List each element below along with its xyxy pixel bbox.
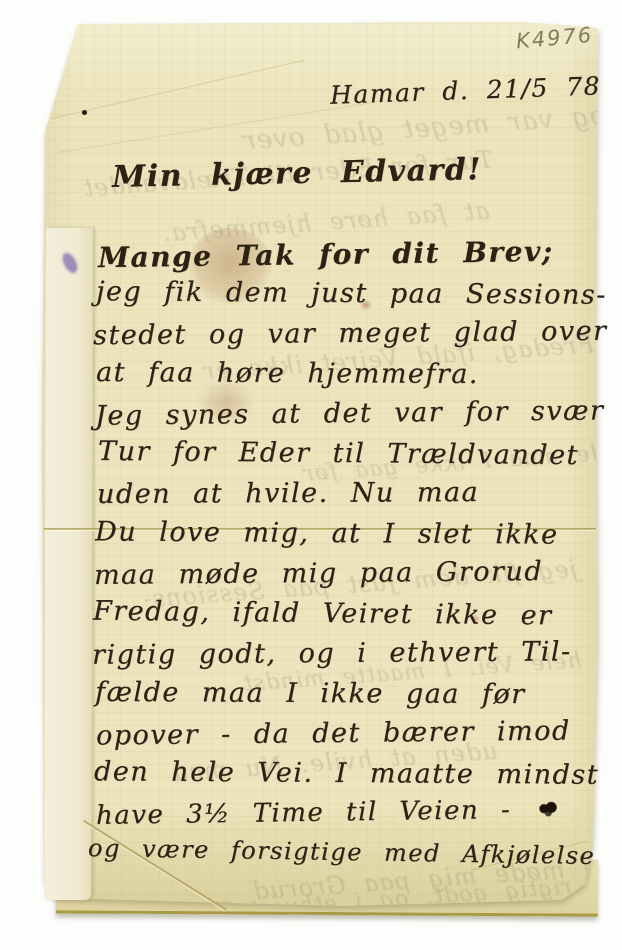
body-line: rigtig godt, og i ethvert Til- [92,636,572,670]
body-line: fælde maa I ikke gaa før [95,677,526,710]
scan-background: stedet og var meget glad overTur for Ede… [0,0,622,950]
body-line: den hele Vei. I maatte mindst [94,756,599,791]
body-line: maa møde mig paa Grorud [94,556,543,591]
body-line: Fredag, ifald Veiret ikke er [93,596,553,632]
body-line: at faa høre hjemmefra. [96,357,479,390]
body-line: Tur for Eder til Trældvandet [98,436,579,471]
body-line: opover - da det bærer imod [96,716,571,752]
tape-strip [44,228,93,900]
body-line: Mange Tak for dit Brev; [98,235,554,274]
body-line: Jeg synes at det var for svær [95,395,605,431]
body-line: stedet og var meget glad over [93,316,608,351]
body-line: Du love mig, at I slet ikke [95,516,559,550]
body-line: have 3½ Time til Veien - [96,795,512,831]
body-line: uden at hvile. Nu maa [97,477,479,510]
body-line: jeg fik dem just paa Sessions- [96,276,607,311]
